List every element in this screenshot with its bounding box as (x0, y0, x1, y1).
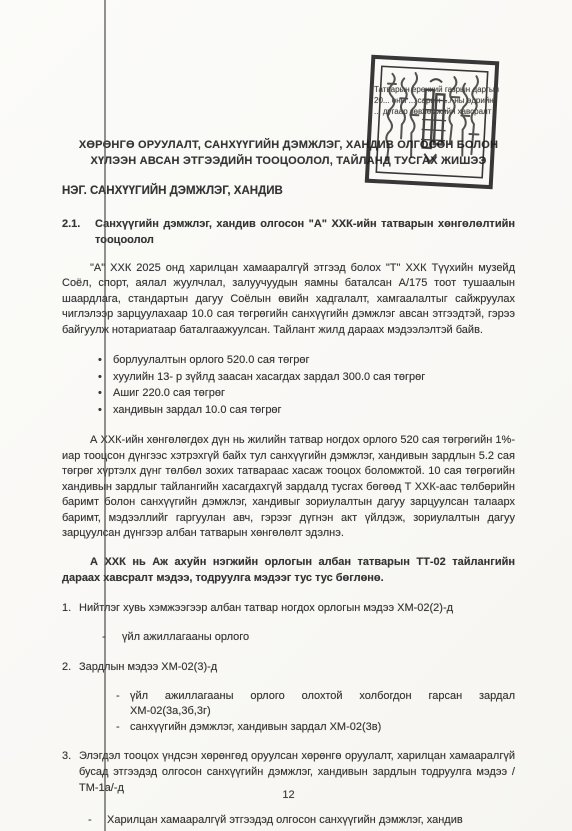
scanned-document-page: Татварын ерөнхий газрын даргын 20... оны… (0, 0, 572, 831)
numbered-item-2: 2. Зардлын мэдээ ХМ-02(3)-д - үйл ажилла… (62, 660, 515, 735)
subsection-heading: 2.1. Санхүүгийн дэмжлэг, хандив олгосон … (62, 216, 515, 249)
numbered-item-1: 1. Нийтлэг хувь хэмжээгээр албан татвар … (62, 601, 515, 646)
bullet-marker: • (98, 369, 113, 386)
subsection-number: 2.1. (62, 216, 95, 249)
paragraph-report-bold: А ХХК нь Аж ахуйн нэгжийн орлогын албан … (62, 554, 515, 587)
paragraph-calculation: А ХХК-ийн хөнгөлөгдөх дүн нь жилийн татв… (62, 433, 515, 542)
sub-item-list: - үйл ажиллагааны орлого олохтой холбогд… (116, 689, 515, 736)
page-number: 12 (62, 789, 515, 801)
paragraph-intro: "А" ХХК 2025 онд харилцан хамааралгүй эт… (62, 261, 515, 339)
sub-item: - үйл ажиллагааны орлого (102, 630, 515, 646)
item-text: Нийтлэг хувь хэмжээгээр албан татвар ног… (79, 601, 515, 617)
item-number: 1. (62, 601, 79, 617)
bullet-list: • борлуулалтын орлого 520.0 сая төгрөг •… (98, 352, 515, 418)
sub-item: - үйл ажиллагааны орлого олохтой холбогд… (116, 689, 515, 720)
item-text: Зардлын мэдээ ХМ-02(3)-д (79, 660, 515, 676)
bullet-marker: • (98, 385, 113, 402)
official-stamp-seal-icon (363, 53, 502, 192)
subsection-title: Санхүүгийн дэмжлэг, хандив олгосон "А" Х… (95, 216, 515, 249)
sub-item-text: үйл ажиллагааны орлого олохтой холбогдон… (130, 689, 515, 720)
dash-marker: - (116, 720, 130, 736)
document-body: ХӨРӨНГӨ ОРУУЛАЛТ, САНХҮҮГИЙН ДЭМЖЛЭГ, ХА… (62, 137, 515, 829)
dash-marker: - (116, 689, 130, 720)
bullet-text: хуулийн 13- р зүйлд заасан хасагдах зард… (113, 369, 515, 386)
stamp-annotation: Татварын ерөнхий газрын даргын 20... оны… (374, 84, 534, 117)
sub-item-text: үйл ажиллагааны орлого (122, 630, 515, 646)
bullet-item: • хуулийн 13- р зүйлд заасан хасагдах за… (98, 369, 515, 386)
bullet-item: • хандивын зардал 10.0 сая төгрөг (98, 402, 515, 419)
bullet-text: хандивын зардал 10.0 сая төгрөг (113, 402, 515, 419)
bullet-marker: • (98, 402, 113, 419)
stamp-annotation-line: ... дугаар зөвлөмжийн хавсралт (374, 106, 534, 117)
sub-item-text: Харилцан хамааралгүй этгээдэд олгосон са… (107, 813, 515, 829)
item-number: 2. (62, 660, 79, 676)
stamp-annotation-line: Татварын ерөнхий газрын даргын (374, 84, 534, 95)
bullet-item: • борлуулалтын орлого 520.0 сая төгрөг (98, 352, 515, 369)
sub-item-list: - Харилцан хамааралгүй этгээдэд олгосон … (88, 813, 515, 829)
bullet-text: борлуулалтын орлого 520.0 сая төгрөг (113, 352, 515, 369)
bullet-marker: • (98, 352, 113, 369)
sub-item-text: санхүүгийн дэмжлэг, хандивын зардал ХМ-0… (130, 720, 515, 736)
sub-item: - санхүүгийн дэмжлэг, хандивын зардал ХМ… (116, 720, 515, 736)
stamp-annotation-line: 20... оны ... сарын .../-ны өдрийн (374, 95, 534, 106)
bullet-text: Ашиг 220.0 сая төгрөг (113, 385, 515, 402)
sub-item-list: - үйл ажиллагааны орлого (102, 630, 515, 646)
scan-fold-line (104, 0, 106, 831)
bullet-item: • Ашиг 220.0 сая төгрөг (98, 385, 515, 402)
sub-item: - Харилцан хамааралгүй этгээдэд олгосон … (88, 813, 515, 829)
